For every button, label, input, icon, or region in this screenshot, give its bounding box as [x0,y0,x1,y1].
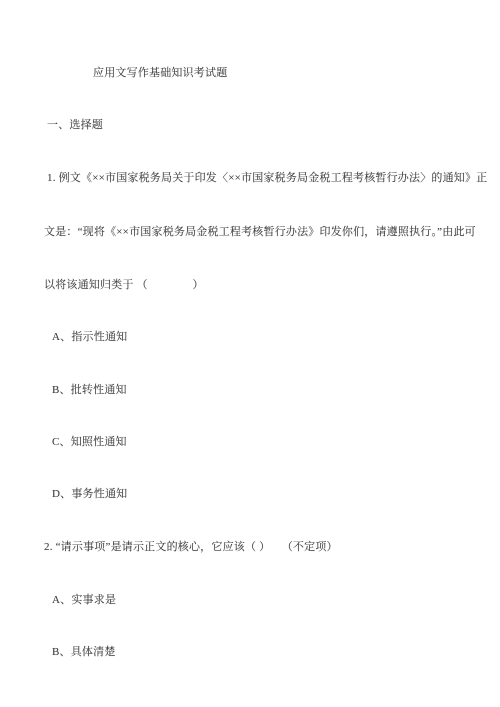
question-2-text: 2. “请示事项”是请示正文的核心，它应该（ ） （不定项） [44,540,338,554]
question-2-option-a: A、实事求是 [52,593,116,607]
question-1-option-a: A、指示性通知 [52,330,127,344]
question-1-option-b: B、批转性通知 [52,383,127,397]
question-1-option-d: D、事务性通知 [52,487,127,501]
question-1-text-line-3: 以将该通知归类于 （ ） [44,278,204,292]
question-2-option-b: B、具体清楚 [52,645,116,659]
exam-document-page: 应用文写作基础知识考试题 一、选择题 1. 例文《××市国家税务局关于印发〈××… [0,0,500,707]
question-1-text-line-1: 1. 例文《××市国家税务局关于印发〈××市国家税务局金税工程考核暂行办法〉的通… [47,171,487,185]
section-heading-choice-questions: 一、选择题 [47,118,103,132]
question-1-text-line-2: 文是：“现将《××市国家税务局金税工程考核暂行办法》印发你们，请遵照执行。”由此… [44,225,476,239]
question-1-option-c: C、知照性通知 [52,435,127,449]
document-title: 应用文写作基础知识考试题 [93,66,227,80]
